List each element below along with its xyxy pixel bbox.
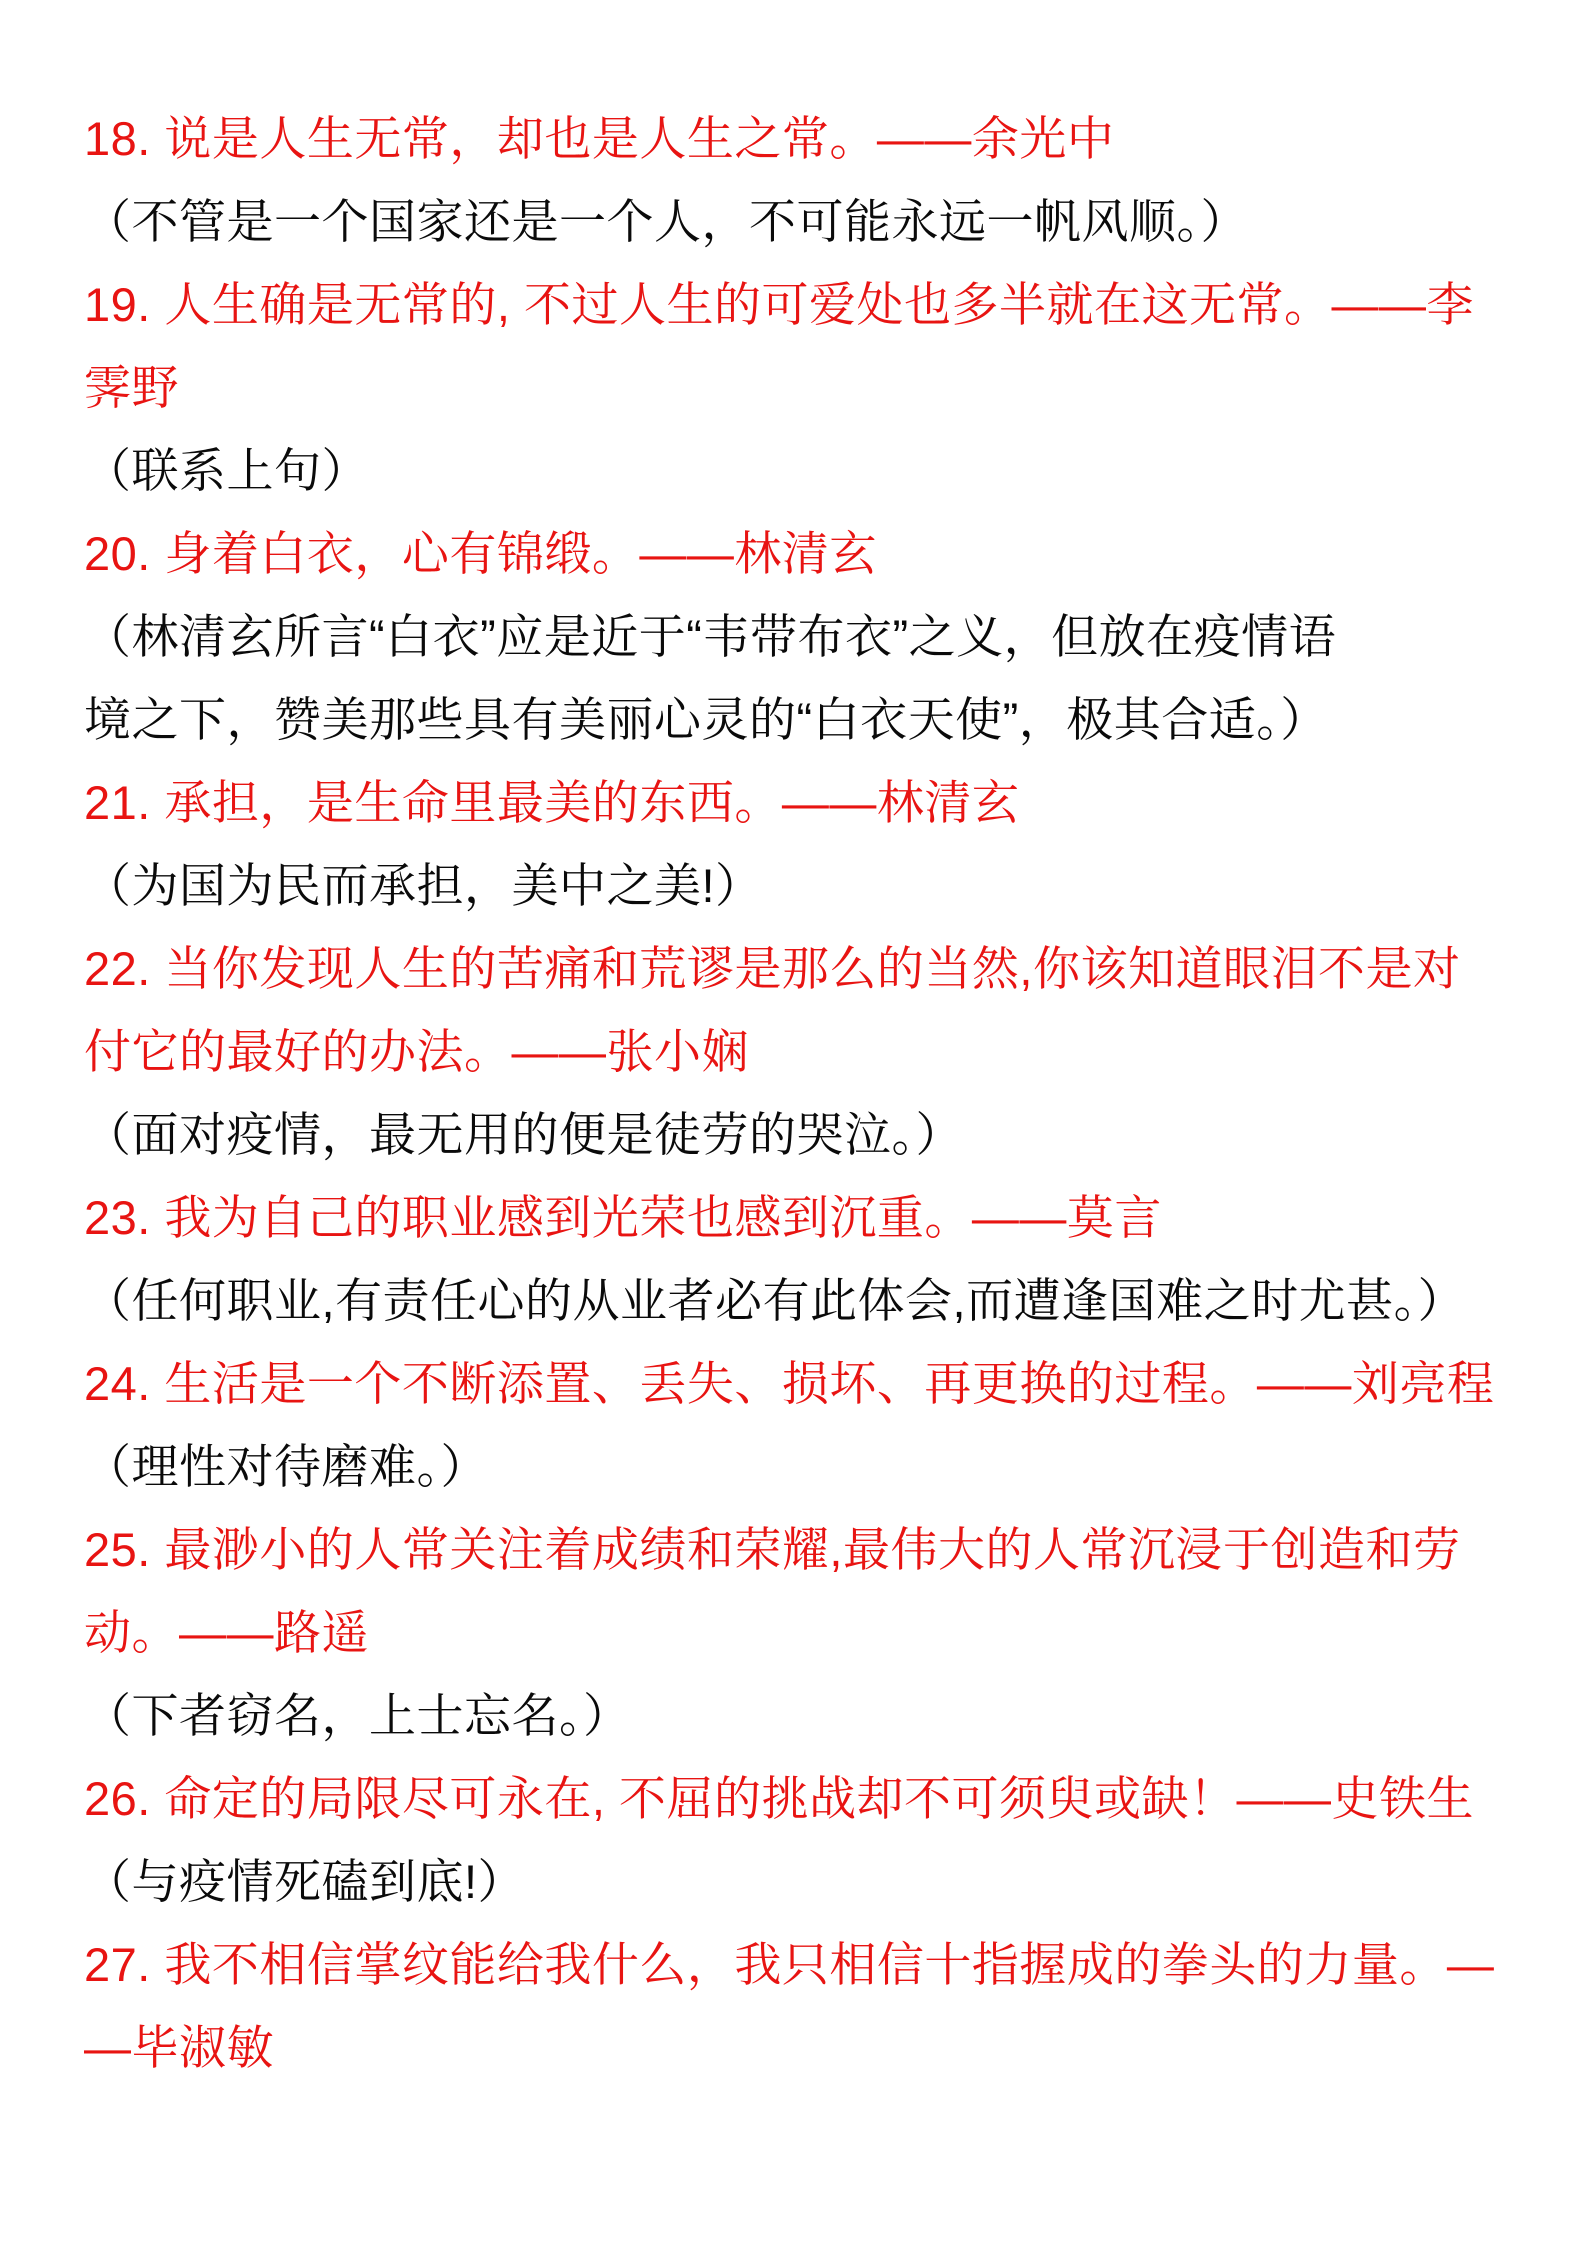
comment-line-25: （下者窃名，上士忘名。） — [84, 1671, 1567, 1754]
quote-line-21: 21. 承担，是生命里最美的东西。——林清玄 — [84, 758, 1567, 841]
comment-line-22: （面对疫情，最无用的便是徒劳的哭泣。） — [84, 1090, 1567, 1173]
comment-line-19: （联系上句） — [84, 426, 1567, 509]
comment-line-20: （林清玄所言“白衣”应是近于“韦带布衣”之义，但放在疫情语 — [84, 592, 1567, 675]
quote-line-23: 23. 我为自己的职业感到光荣也感到沉重。——莫言 — [84, 1173, 1567, 1256]
quote-line-18: 18. 说是人生无常，却也是人生之常。——余光中 — [84, 94, 1567, 177]
quote-line-24: 24. 生活是一个不断添置、丢失、损坏、再更换的过程。——刘亮程 — [84, 1339, 1567, 1422]
quote-line-19-cont: 霁野 — [84, 343, 1567, 426]
comment-line-24: （理性对待磨难。） — [84, 1422, 1567, 1505]
quote-line-25-cont: 动。——路遥 — [84, 1588, 1567, 1671]
comment-line-23: （任何职业,有责任心的从业者必有此体会,而遭逢国难之时尤甚。） — [84, 1256, 1567, 1339]
comment-line-21: （为国为民而承担，美中之美!） — [84, 841, 1567, 924]
quote-line-27: 27. 我不相信掌纹能给我什么，我只相信十指握成的拳头的力量。— — [84, 1920, 1567, 2003]
quote-line-22: 22. 当你发现人生的苦痛和荒谬是那么的当然,你该知道眼泪不是对 — [84, 924, 1567, 1007]
quote-line-20: 20. 身着白衣，心有锦缎。——林清玄 — [84, 509, 1567, 592]
document-page: 18. 说是人生无常，却也是人生之常。——余光中 （不管是一个国家还是一个人，不… — [0, 0, 1587, 2245]
quote-line-26: 26. 命定的局限尽可永在, 不屈的挑战却不可须臾或缺！——史铁生 — [84, 1754, 1567, 1837]
quote-line-22-cont: 付它的最好的办法。——张小娴 — [84, 1007, 1567, 1090]
quote-line-27-cont: —毕淑敏 — [84, 2003, 1567, 2086]
quote-line-19: 19. 人生确是无常的, 不过人生的可爱处也多半就在这无常。——李 — [84, 260, 1567, 343]
quote-line-25: 25. 最渺小的人常关注着成绩和荣耀,最伟大的人常沉浸于创造和劳 — [84, 1505, 1567, 1588]
comment-line-20-cont: 境之下，赞美那些具有美丽心灵的“白衣天使”，极其合适。） — [84, 675, 1567, 758]
comment-line-26: （与疫情死磕到底!） — [84, 1837, 1567, 1920]
comment-line-18: （不管是一个国家还是一个人，不可能永远一帆风顺。） — [84, 177, 1567, 260]
